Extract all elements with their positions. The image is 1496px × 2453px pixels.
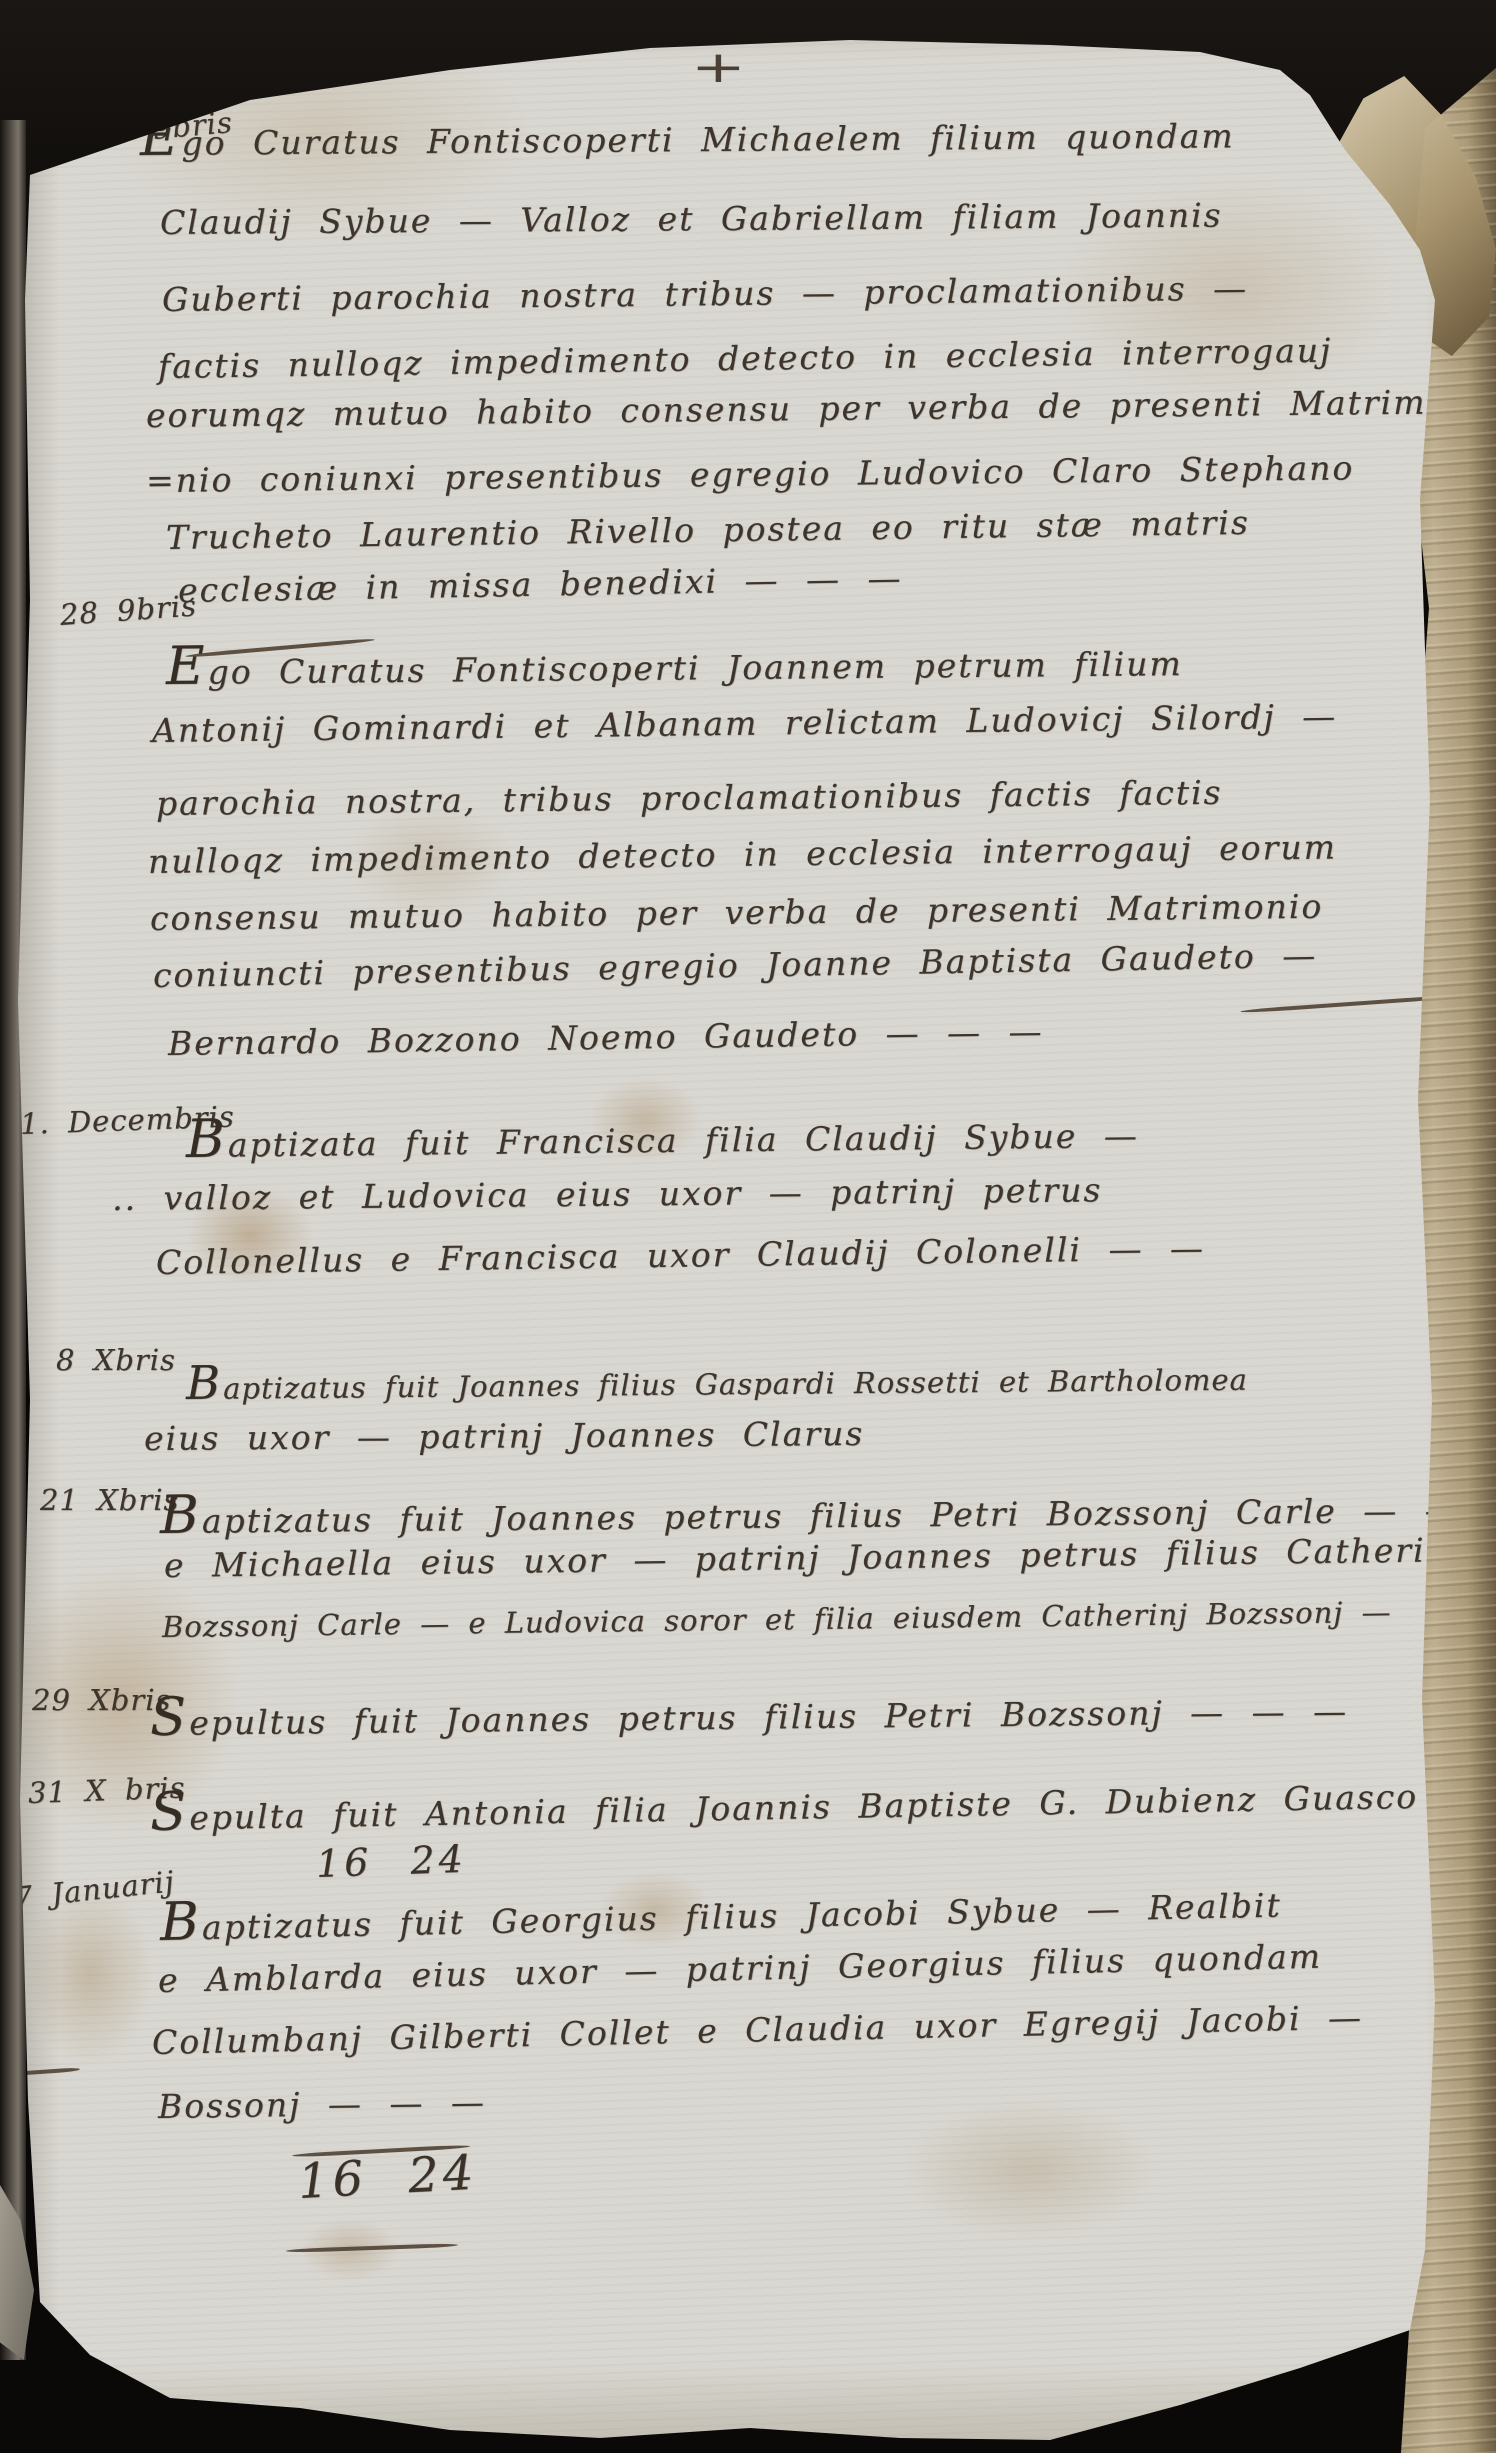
ink-flourish (286, 2243, 458, 2253)
entry-line: consensu mutuo habito per verba de prese… (150, 890, 1324, 935)
margin-date: 21 Xbris (40, 1486, 179, 1515)
year-heading: 16 24 (297, 2149, 479, 2206)
entry-line: ecclesiæ in missa benedixi — — — (178, 561, 903, 607)
entry-line: Claudij Sybue — Valloz et Gabriellam fil… (160, 199, 1223, 239)
entry-line: =nio coniunxi presentibus egregio Ludovi… (146, 451, 1355, 497)
cross-mark: + (691, 42, 746, 93)
binding-edge (0, 120, 26, 2360)
entry-line: Collumbanj Gilberti Collet e Claudia uxo… (152, 2001, 1364, 2059)
entry-line: Bozssonj Carle — e Ludovica soror et fil… (162, 1598, 1392, 1642)
entry-line: Antonij Gominardi et Albanam relictam Lu… (152, 700, 1338, 747)
entry-line: Bernardo Bozzono Noemo Gaudeto — — — (168, 1015, 1044, 1060)
margin-date: 8 Xbris (56, 1346, 176, 1375)
entry-line: Trucheto Laurentio Rivello postea eo rit… (166, 506, 1250, 554)
year-heading: 16 24 (315, 1840, 467, 1883)
margin-date: 28 9bris (59, 591, 198, 629)
manuscript-photo: + 27 9bris Ego Curatus Fontiscoperti Mic… (0, 0, 1496, 2453)
entry-line: parochia nostra, tribus proclamationibus… (156, 776, 1223, 820)
manuscript-page: + 27 9bris Ego Curatus Fontiscoperti Mic… (0, 0, 1496, 2453)
entry-line: Baptizata fuit Francisca filia Claudij S… (186, 1104, 1139, 1167)
entry-line: nulloqz impedimento detecto in ecclesia … (148, 830, 1337, 878)
entry-line: Baptizatus fuit Joannes filius Gaspardi … (186, 1351, 1248, 1407)
entry-line: Guberti parochia nostra tribus — proclam… (162, 272, 1248, 316)
entry-line: Bossonj — — — (158, 2085, 486, 2123)
entry-line: .. valloz et Ludovica eius uxor — patrin… (112, 1173, 1103, 1215)
entry-line: eorumqz mutuo habito consensu per verba … (146, 385, 1449, 432)
entry-line: coniuncti presentibus egregio Joanne Bap… (153, 939, 1318, 992)
entry-line: e Amblarda eius uxor — patrinj Georgius … (158, 1940, 1323, 1997)
entry-line: factis nulloqz impedimento detecto in ec… (158, 334, 1333, 383)
entry-line: Sepulta fuit Antonia filia Joannis Bapti… (150, 1765, 1419, 1840)
entry-line: Sepultus fuit Joannes petrus filius Petr… (150, 1679, 1349, 1744)
entry-line: Ego Curatus Fontiscoperti Michaelem fili… (140, 104, 1235, 164)
entry-line: Ego Curatus Fontiscoperti Joannem petrum… (166, 632, 1183, 694)
entry-line: Collonellus e Francisca uxor Claudij Col… (156, 1231, 1205, 1279)
margin-date: 7 Januarij (12, 1867, 176, 1913)
entry-line: eius uxor — patrinj Joannes Clarus (144, 1417, 865, 1455)
